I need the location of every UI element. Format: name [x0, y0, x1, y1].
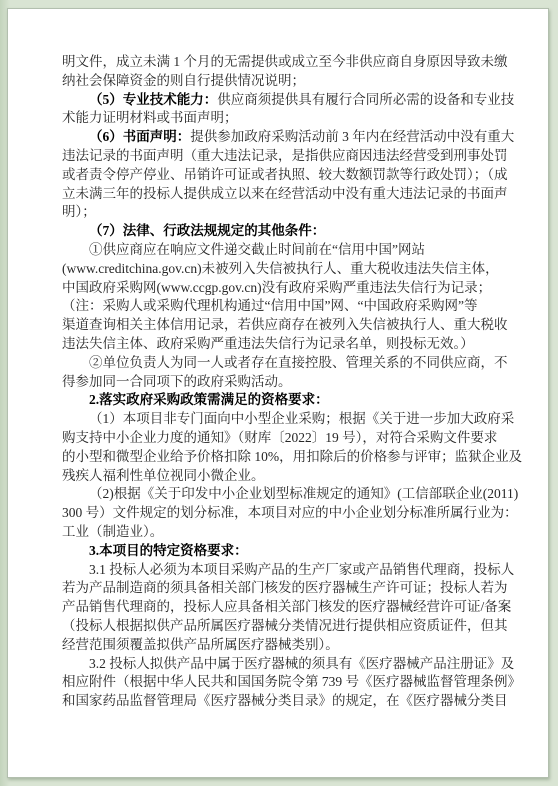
document-text: 明文件，成立未满 1 个月的无需提供或成立至今非供应商自身原因导致未缴纳社会保障… — [8, 9, 548, 711]
bold-text-segment: 3.本项目的特定资格要求： — [89, 543, 248, 558]
text-line: （7）法律、行政法规规定的其他条件： — [62, 222, 518, 241]
text-segment: 或者责令停产停业、吊销许可证或者执照、较大数额罚款等行政处罚）；（成 — [62, 167, 508, 182]
text-line: 若为产品制造商的须具备相关部门核发的医疗器械生产许可证；投标人若为 — [62, 579, 518, 598]
text-segment: 相应附件（根据中华人民共和国国务院令第 739 号《医疗器械监督管理条例》 — [62, 674, 521, 689]
text-line: 2.落实政府采购政策需满足的资格要求： — [62, 391, 518, 410]
text-line: 明）； — [62, 203, 518, 222]
text-segment: ②单位负责人为同一人或者存在直接控股、管理关系的不同供应商，不 — [89, 355, 508, 370]
text-line: 中国政府采购网(www.ccgp.gov.cn)没有政府采购严重违法失信行为记录… — [62, 279, 518, 298]
bold-text-segment: （7）法律、行政法规规定的其他条件： — [89, 223, 325, 238]
bold-text-segment: 2.落实政府采购政策需满足的资格要求： — [89, 392, 329, 407]
text-segment: 3.2 投标人拟供产品中属于医疗器械的须具有《医疗器械产品注册证》及 — [89, 656, 514, 671]
text-line: （投标人根据拟供产品所属医疗器械分类情况进行提供相应资质证件，但其 — [62, 617, 518, 636]
text-line: 术能力证明材料或书面声明； — [62, 109, 518, 128]
text-segment: 违法记录的书面声明（重大违法记录，是指供应商因违法经营受到刑事处罚 — [62, 148, 508, 163]
text-segment: 若为产品制造商的须具备相关部门核发的医疗器械生产许可证；投标人若为 — [62, 580, 508, 595]
text-segment: (www.creditchina.gov.cn)未被列入失信被执行人、重大税收违… — [62, 261, 499, 276]
text-line: 300 号）文件规定的划分标准，本项目对应的中小企业划分标准所属行业为： — [62, 504, 518, 523]
text-segment: 得参加同一合同项下的政府采购活动。 — [62, 374, 292, 389]
text-line: 残疾人福利性单位视同小微企业。 — [62, 467, 518, 486]
text-segment: 中国政府采购网(www.ccgp.gov.cn)没有政府采购严重违法失信行为记录… — [62, 280, 491, 295]
bold-text-segment: （5）专业技术能力： — [89, 92, 217, 107]
text-line: （1）本项目非专门面向中小型企业采购；根据《关于进一步加大政府采 — [62, 410, 518, 429]
text-segment: 渠道查询相关主体信用记录，若供应商存在被列入失信被执行人、重大税收 — [62, 317, 508, 332]
text-segment: 违法失信主体、政府采购严重违法失信行为记录名单，则投标无效。） — [62, 336, 474, 351]
text-line: 渠道查询相关主体信用记录，若供应商存在被列入失信被执行人、重大税收 — [62, 316, 518, 335]
text-segment: （注：采购人或采购代理机构通过“信用中国”网、“中国政府采购网”等 — [62, 298, 477, 313]
text-segment: 产品销售代理商的，投标人应具备相关部门核发的医疗器械经营许可证/备案 — [62, 599, 511, 614]
text-line: (www.creditchina.gov.cn)未被列入失信被执行人、重大税收违… — [62, 260, 518, 279]
text-line: 经营范围须覆盖拟供产品所属医疗器械类别）。 — [62, 636, 518, 655]
bold-text-segment: （6）书面声明： — [89, 129, 190, 144]
text-line: 3.1 投标人必须为本项目采购产品的生产厂家或产品销售代理商，投标人 — [62, 561, 518, 580]
text-segment: 的小型和微型企业给予价格扣除 10%，用扣除后的价格参与评审；监狱企业及 — [62, 449, 522, 464]
text-line: 3.2 投标人拟供产品中属于医疗器械的须具有《医疗器械产品注册证》及 — [62, 655, 518, 674]
text-line: （2)根据《关于印发中小企业划型标准规定的通知》(工信部联企业(2011) — [62, 485, 518, 504]
text-line: ①供应商应在响应文件递交截止时间前在“信用中国”网站 — [62, 241, 518, 260]
text-line: （注：采购人或采购代理机构通过“信用中国”网、“中国政府采购网”等 — [62, 297, 518, 316]
text-line: 纳社会保障资金的则自行提供情况说明； — [62, 72, 518, 91]
text-line: 产品销售代理商的，投标人应具备相关部门核发的医疗器械经营许可证/备案 — [62, 598, 518, 617]
text-line: 违法记录的书面声明（重大违法记录，是指供应商因违法经营受到刑事处罚 — [62, 147, 518, 166]
text-segment: 300 号）文件规定的划分标准，本项目对应的中小企业划分标准所属行业为： — [62, 505, 518, 520]
text-line: 购支持中小企业力度的通知》（财库〔2022〕19 号），对符合采购文件要求 — [62, 429, 518, 448]
text-line: 明文件，成立未满 1 个月的无需提供或成立至今非供应商自身原因导致未缴 — [62, 53, 518, 72]
text-segment: （投标人根据拟供产品所属医疗器械分类情况进行提供相应资质证件，但其 — [62, 618, 508, 633]
text-segment: 经营范围须覆盖拟供产品所属医疗器械类别）。 — [62, 637, 339, 652]
text-line: （5）专业技术能力：供应商须提供具有履行合同所必需的设备和专业技 — [62, 91, 518, 110]
text-segment: 提供参加政府采购活动前 3 年内在经营活动中没有重大 — [190, 129, 514, 144]
app-background: { "page": { "background_color": "#d9e4d3… — [0, 0, 558, 786]
text-line: ②单位负责人为同一人或者存在直接控股、管理关系的不同供应商，不 — [62, 354, 518, 373]
text-line: 和国家药品监督管理局《医疗器械分类目录》的规定，在《医疗器械分类目 — [62, 692, 518, 711]
text-segment: 纳社会保障资金的则自行提供情况说明； — [62, 73, 305, 88]
document-page: 明文件，成立未满 1 个月的无需提供或成立至今非供应商自身原因导致未缴纳社会保障… — [7, 8, 549, 778]
text-segment: 残疾人福利性单位视同小微企业。 — [62, 468, 265, 483]
text-segment: 3.1 投标人必须为本项目采购产品的生产厂家或产品销售代理商，投标人 — [89, 562, 514, 577]
text-segment: ①供应商应在响应文件递交截止时间前在“信用中国”网站 — [89, 242, 425, 257]
text-segment: （1）本项目非专门面向中小型企业采购；根据《关于进一步加大政府采 — [89, 411, 514, 426]
text-segment: （2)根据《关于印发中小企业划型标准规定的通知》(工信部联企业(2011) — [89, 486, 518, 501]
text-line: 立未满三年的投标人提供成立以来在经营活动中没有重大违法记录的书面声 — [62, 185, 518, 204]
text-line: （6）书面声明：提供参加政府采购活动前 3 年内在经营活动中没有重大 — [62, 128, 518, 147]
text-line: 3.本项目的特定资格要求： — [62, 542, 518, 561]
text-line: 或者责令停产停业、吊销许可证或者执照、较大数额罚款等行政处罚）；（成 — [62, 166, 518, 185]
text-segment: 明文件，成立未满 1 个月的无需提供或成立至今非供应商自身原因导致未缴 — [62, 54, 508, 69]
text-line: 的小型和微型企业给予价格扣除 10%，用扣除后的价格参与评审；监狱企业及 — [62, 448, 518, 467]
text-segment: 术能力证明材料或书面声明； — [62, 110, 238, 125]
text-segment: 明）； — [62, 204, 96, 219]
text-segment: 和国家药品监督管理局《医疗器械分类目录》的规定，在《医疗器械分类目 — [62, 693, 508, 708]
text-segment: 购支持中小企业力度的通知》（财库〔2022〕19 号），对符合采购文件要求 — [62, 430, 497, 445]
text-line: 工业（制造业）。 — [62, 523, 518, 542]
text-segment: 立未满三年的投标人提供成立以来在经营活动中没有重大违法记录的书面声 — [62, 186, 508, 201]
text-line: 得参加同一合同项下的政府采购活动。 — [62, 373, 518, 392]
text-segment: 供应商须提供具有履行合同所必需的设备和专业技 — [217, 92, 514, 107]
text-segment: 工业（制造业）。 — [62, 524, 163, 539]
text-line: 相应附件（根据中华人民共和国国务院令第 739 号《医疗器械监督管理条例》 — [62, 673, 518, 692]
text-line: 违法失信主体、政府采购严重违法失信行为记录名单，则投标无效。） — [62, 335, 518, 354]
